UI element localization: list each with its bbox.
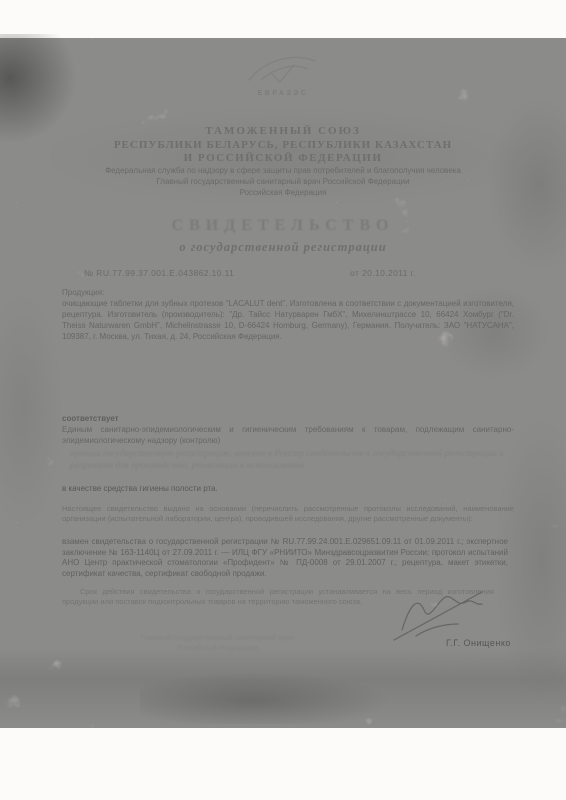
usage-note: в качестве средства гигиены полости рта. [62,484,218,493]
scan-smudge [0,290,64,530]
agency-name: Федеральная служба по надзору в сфере за… [0,166,566,175]
basis-preamble: Настоящее свидетельство выдано на основа… [62,504,514,524]
signer-title-line2: Российской Федерации [177,643,259,652]
signer-title: Главный государственный санитарный врач … [95,633,340,652]
eurasec-logo-label: ЕВРАЗЭС [0,90,566,97]
signer-name: Г.Г. Онищенко [446,638,511,648]
document-title: СВИДЕТЕЛЬСТВО [0,217,566,235]
scan-smudge [140,672,390,724]
registration-note: прошла государственную регистрацию, внес… [70,449,508,472]
document-subtitle: о государственной регистрации [0,240,566,255]
product-description: очищающие таблетки для зубных протезов "… [62,298,514,342]
product-label: Продукция: [62,288,104,297]
union-members-line2: И РОССИЙСКОЙ ФЕДЕРАЦИИ [0,152,566,164]
certificate-number: № RU.77.99.37.001.Е.043862.10.11 [84,268,234,278]
certificate-date: от 20.10.2011 г. [350,268,416,278]
conformity-label: соответствует [62,414,119,423]
agency-chief-line: Главный государственный санитарный врач … [0,177,566,186]
scanned-certificate-page: ЕВРАЗЭС ТАМОЖЕННЫЙ СОЮЗ РЕСПУБЛИКИ БЕЛАР… [0,0,566,800]
signer-title-line1: Главный государственный санитарный врач [141,633,295,642]
union-title: ТАМОЖЕННЫЙ СОЮЗ [0,125,566,137]
union-members-line: РЕСПУБЛИКИ БЕЛАРУСЬ, РЕСПУБЛИКИ КАЗАХСТА… [0,139,566,151]
conformity-requirements: Единым санитарно-эпидемиологическим и ги… [62,424,514,446]
eurasec-bird-logo-icon [243,50,323,90]
agency-country-line: Российская Федерация [0,188,566,197]
